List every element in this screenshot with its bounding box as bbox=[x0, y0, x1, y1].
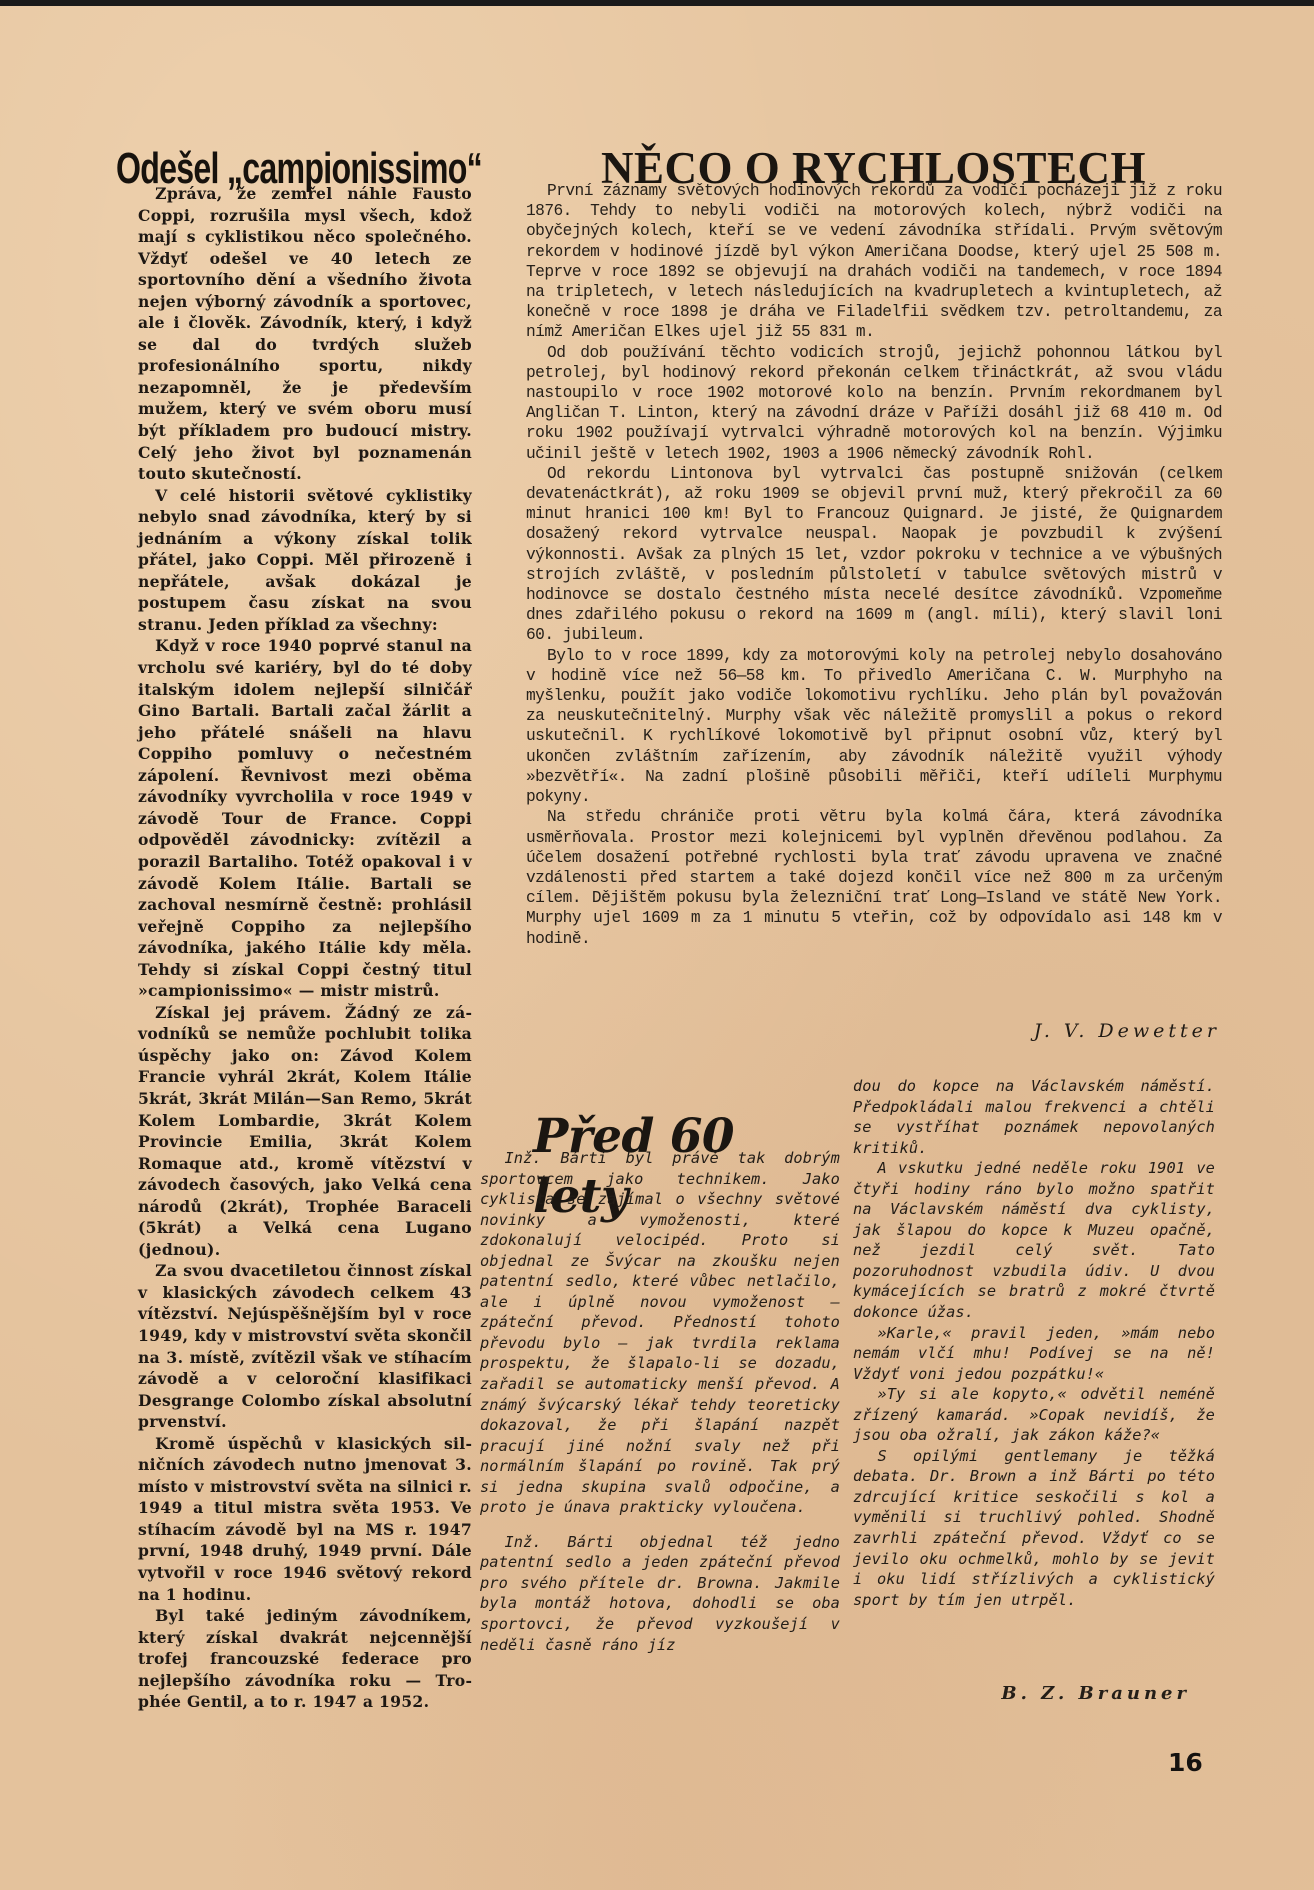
paragraph: Když v roce 1940 poprvé stanul na vrchol… bbox=[138, 635, 472, 1001]
paragraph: Inž. Bárti objednal též jedno patentní s… bbox=[480, 1532, 840, 1655]
pred-article-author: B. Z. Brauner bbox=[960, 1683, 1190, 1704]
right-article-author: J. V. Dewetter bbox=[1000, 1020, 1220, 1042]
paragraph: Od rekordu Lintonova byl vytrvalci čas p… bbox=[526, 464, 1222, 646]
right-article-body: První záznamy světových hodinových rekor… bbox=[526, 181, 1222, 949]
paragraph: Kromě úspěchů v klasických sil­ničních z… bbox=[138, 1433, 472, 1605]
page-number: 16 bbox=[1168, 1748, 1203, 1777]
paragraph: S opilými gentlemany je těžká debata. Dr… bbox=[853, 1446, 1215, 1610]
paragraph: Získal jej právem. Žádný ze zá­vodníků s… bbox=[138, 1002, 472, 1261]
paragraph: »Karle,« pravil jeden, »mám ne­bo nemám … bbox=[853, 1323, 1215, 1385]
scan-top-edge bbox=[0, 0, 1314, 6]
paragraph: První záznamy světových hodinových rekor… bbox=[526, 181, 1222, 343]
paragraph: Zpráva, že zemřel náhle Fausto Coppi, ro… bbox=[138, 183, 472, 485]
paragraph: A vskutku jedné neděle roku 1901 ve čtyř… bbox=[853, 1158, 1215, 1322]
paragraph: Na středu chrániče proti větru byla kolm… bbox=[526, 807, 1222, 948]
paragraph: »Ty si ale kopyto,« odvětil ne­méně zříz… bbox=[853, 1384, 1215, 1446]
left-article-body: Zpráva, že zemřel náhle Fausto Coppi, ro… bbox=[138, 183, 472, 1713]
paragraph: dou do kopce na Václavském ná­městí. Pře… bbox=[853, 1076, 1215, 1158]
paragraph: Inž. Bárti byl právě tak dob­rým sportov… bbox=[480, 1148, 840, 1518]
paragraph: V celé historii světové cyklisti­ky neby… bbox=[138, 485, 472, 636]
pred-article-column-1: Inž. Bárti byl právě tak dob­rým sportov… bbox=[480, 1148, 840, 1655]
paragraph: Byl také jediným závodníkem, který získa… bbox=[138, 1605, 472, 1713]
paragraph: Od dob používání těchto vodicích strojů,… bbox=[526, 343, 1222, 464]
paragraph: Bylo to v roce 1899, kdy za motorovými k… bbox=[526, 646, 1222, 808]
paragraph: Za svou dvacetiletou činnost získal v kl… bbox=[138, 1260, 472, 1432]
pred-article-column-2: dou do kopce na Václavském ná­městí. Pře… bbox=[853, 1076, 1215, 1610]
